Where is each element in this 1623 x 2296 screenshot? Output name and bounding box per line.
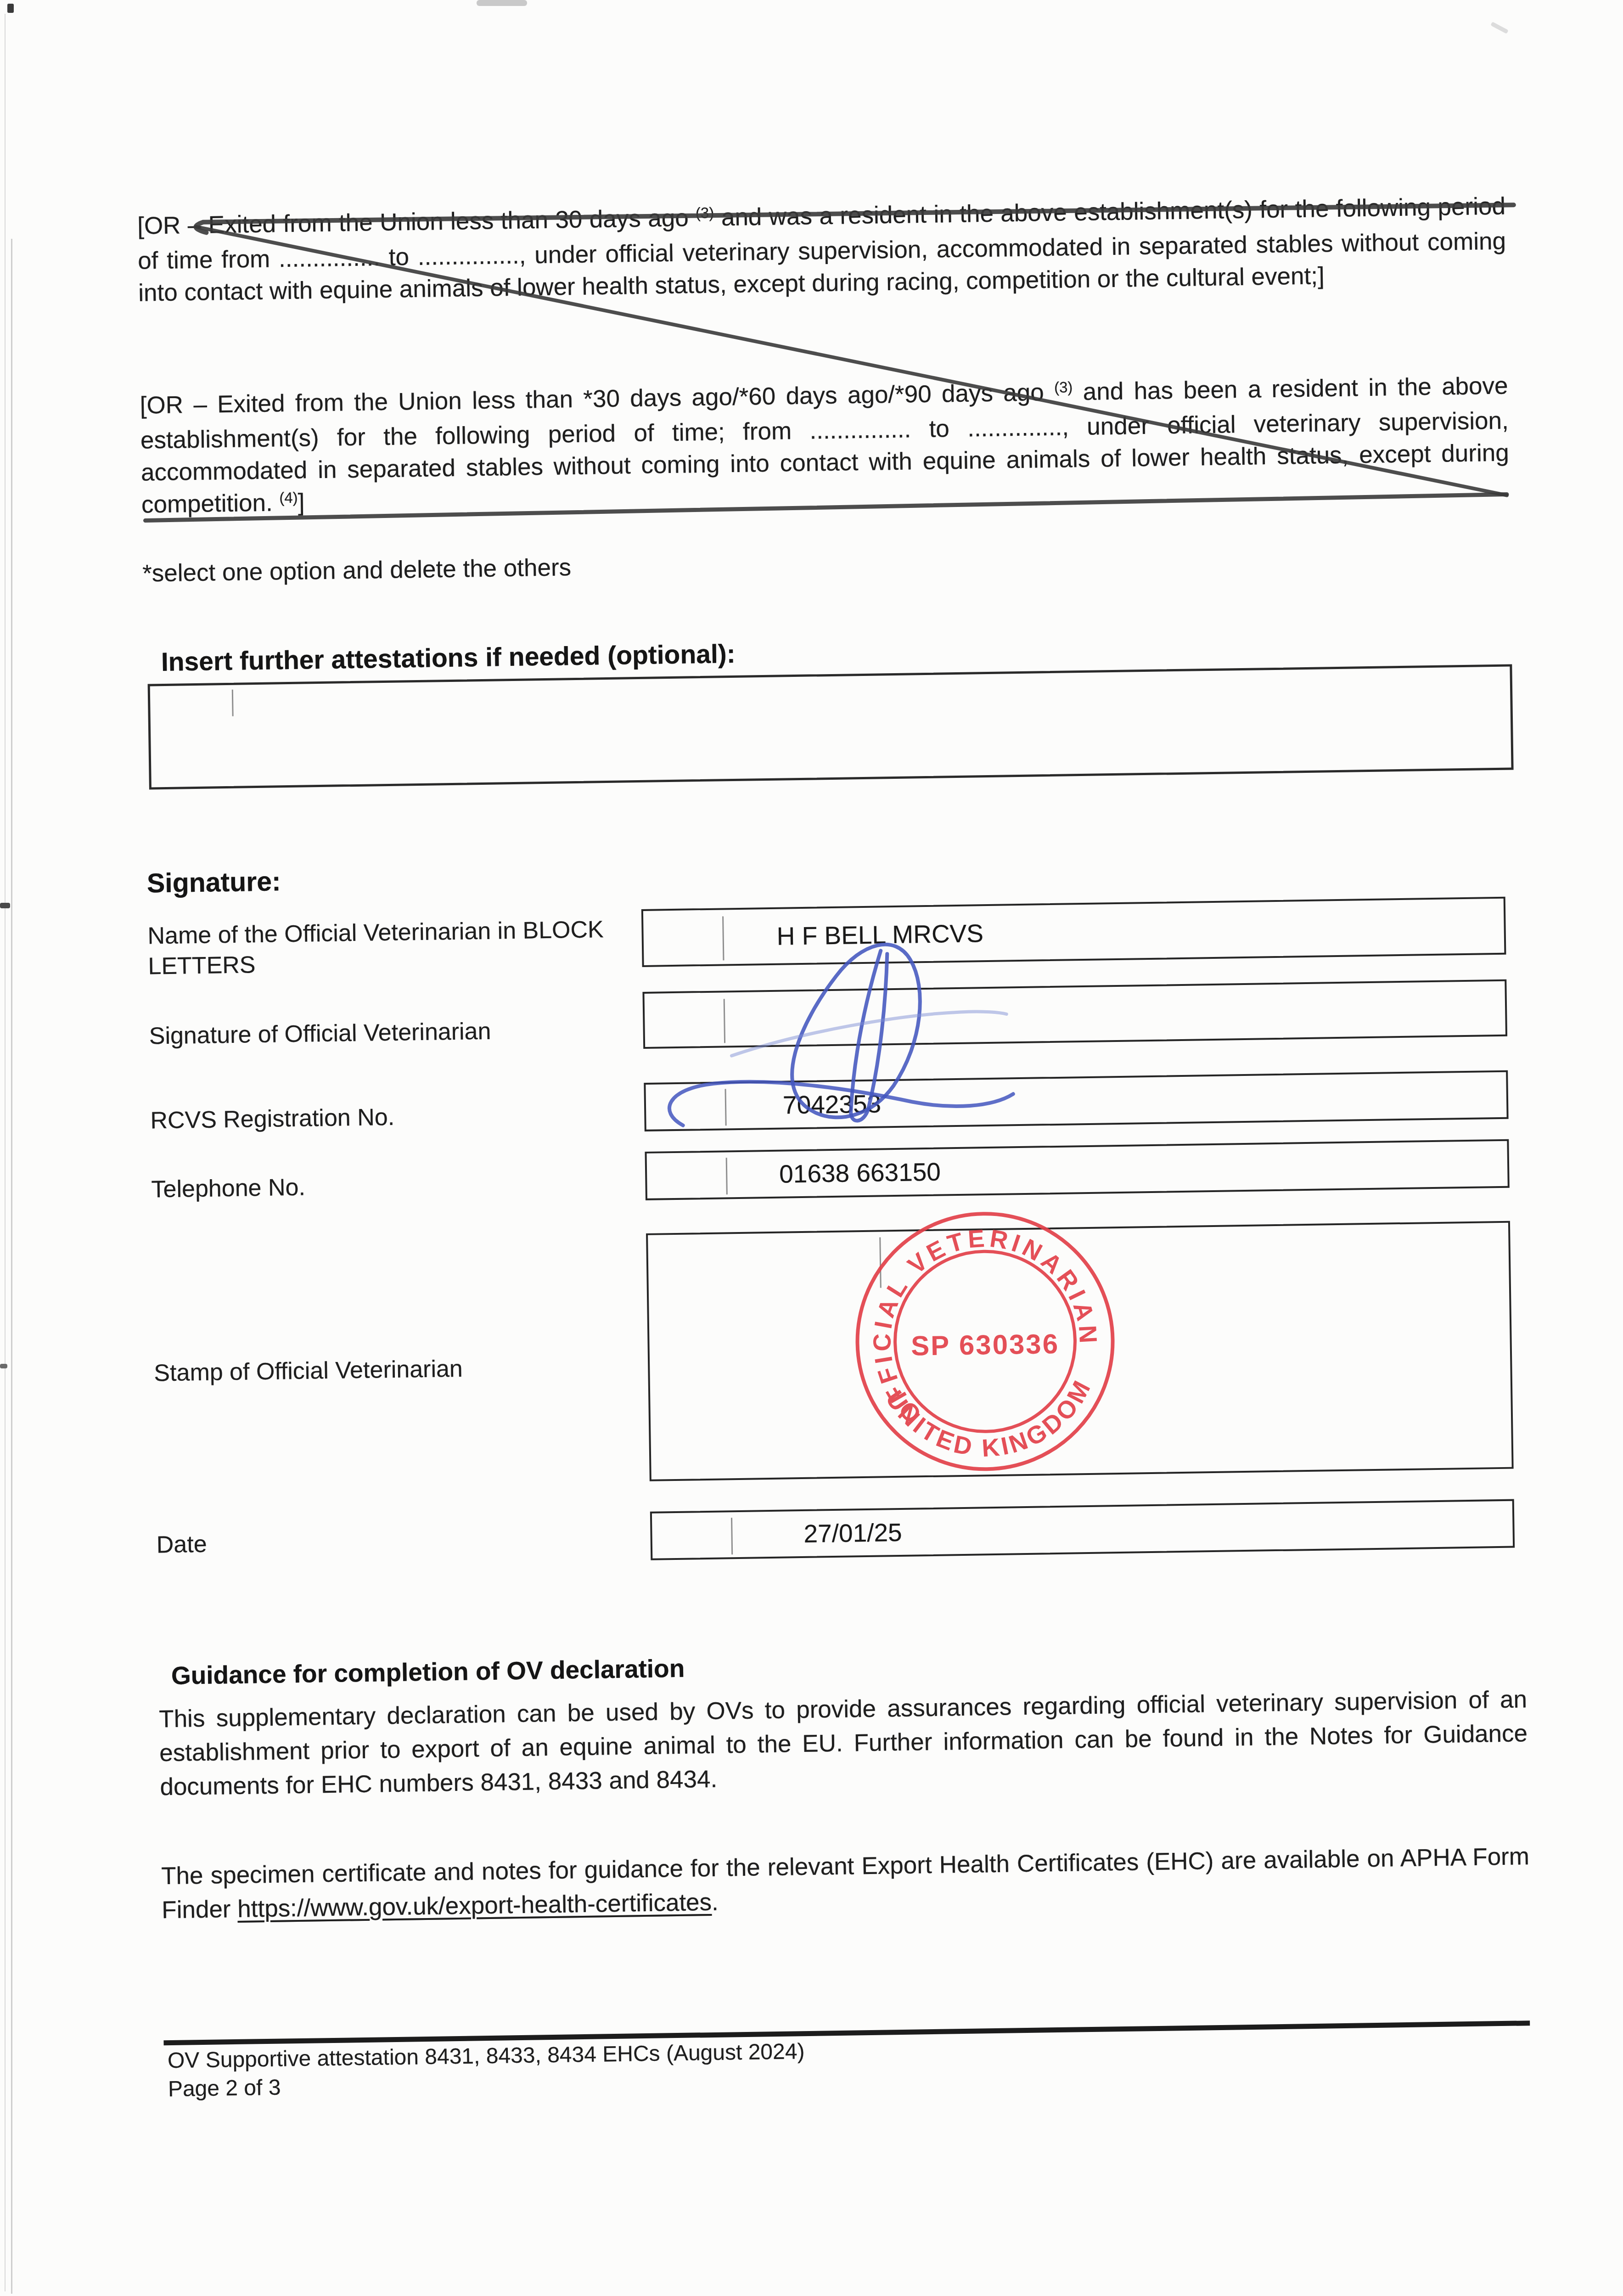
telephone-label: Telephone No. <box>151 1167 629 1204</box>
footnote-ref-4: (4) <box>279 489 298 506</box>
rcvs-label: RCVS Registration No. <box>150 1098 628 1136</box>
cell-divider-tick <box>232 690 234 716</box>
attestation-option-2: [OR – Exited from the Union less than *3… <box>140 370 1510 524</box>
signature-section-heading: Signature: <box>146 866 281 899</box>
select-option-note: *select one option and delete the others <box>142 553 572 588</box>
signature-field[interactable] <box>642 979 1507 1049</box>
stamp-ring-bottom-text: UNITED KINGDOM <box>879 1373 1101 1469</box>
stamp-graphic: OFFICIAL VETERINARIAN UNITED KINGDOM SP … <box>831 1187 1115 1471</box>
signature-label: Signature of Official Veterinarian <box>149 1014 627 1051</box>
option1-text: [OR – Exited from the Union less than 30… <box>137 204 696 240</box>
footer: OV Supportive attestation 8431, 8433, 84… <box>168 2037 805 2104</box>
rcvs-field[interactable]: 7042353 <box>644 1070 1508 1131</box>
footnote-ref-3: (3) <box>696 204 714 222</box>
name-field[interactable]: H F BELL MRCVS <box>641 897 1506 967</box>
footnote-ref-3: (3) <box>1054 378 1073 396</box>
scan-dash <box>0 1364 7 1368</box>
document-sheet: [OR – Exited from the Union less than 30… <box>0 0 1623 2296</box>
option2-text: ] <box>298 489 305 516</box>
further-attestations-heading: Insert further attestations if needed (o… <box>161 639 736 677</box>
date-value: 27/01/25 <box>652 1518 902 1551</box>
date-label: Date <box>156 1523 634 1560</box>
guidance-paragraph-2-text: . <box>712 1889 719 1916</box>
further-attestations-box[interactable] <box>148 664 1514 789</box>
rcvs-value: 7042353 <box>646 1089 882 1121</box>
scanned-veterinary-attestation-page: { "attestation_options": { "option1": { … <box>0 0 1623 2296</box>
official-veterinarian-stamp: OFFICIAL VETERINARIAN UNITED KINGDOM SP … <box>836 1193 1134 1491</box>
guidance-paragraph-1: This supplementary declaration can be us… <box>159 1683 1528 1804</box>
name-label: Name of the Official Veterinarian in BLO… <box>147 914 612 982</box>
name-value: H F BELL MRCVS <box>643 918 983 953</box>
export-health-certificates-link[interactable]: https://www.gov.uk/export-health-certifi… <box>237 1889 712 1923</box>
stamp-label: Stamp of Official Veterinarian <box>154 1351 632 1388</box>
attestation-option-1: [OR – Exited from the Union less than 30… <box>137 191 1507 310</box>
telephone-value: 01638 663150 <box>647 1157 941 1191</box>
telephone-field[interactable]: 01638 663150 <box>645 1139 1509 1200</box>
guidance-heading: Guidance for completion of OV declaratio… <box>171 1654 685 1690</box>
cell-divider-tick <box>724 999 725 1043</box>
guidance-paragraph-2: The specimen certificate and notes for g… <box>161 1840 1530 1927</box>
scan-dash <box>0 903 10 908</box>
footer-rule <box>163 2020 1530 2045</box>
stamp-number-text: SP 630336 <box>911 1328 1060 1362</box>
option2-text: [OR – Exited from the Union less than *3… <box>140 379 1054 419</box>
date-field[interactable]: 27/01/25 <box>650 1499 1515 1560</box>
